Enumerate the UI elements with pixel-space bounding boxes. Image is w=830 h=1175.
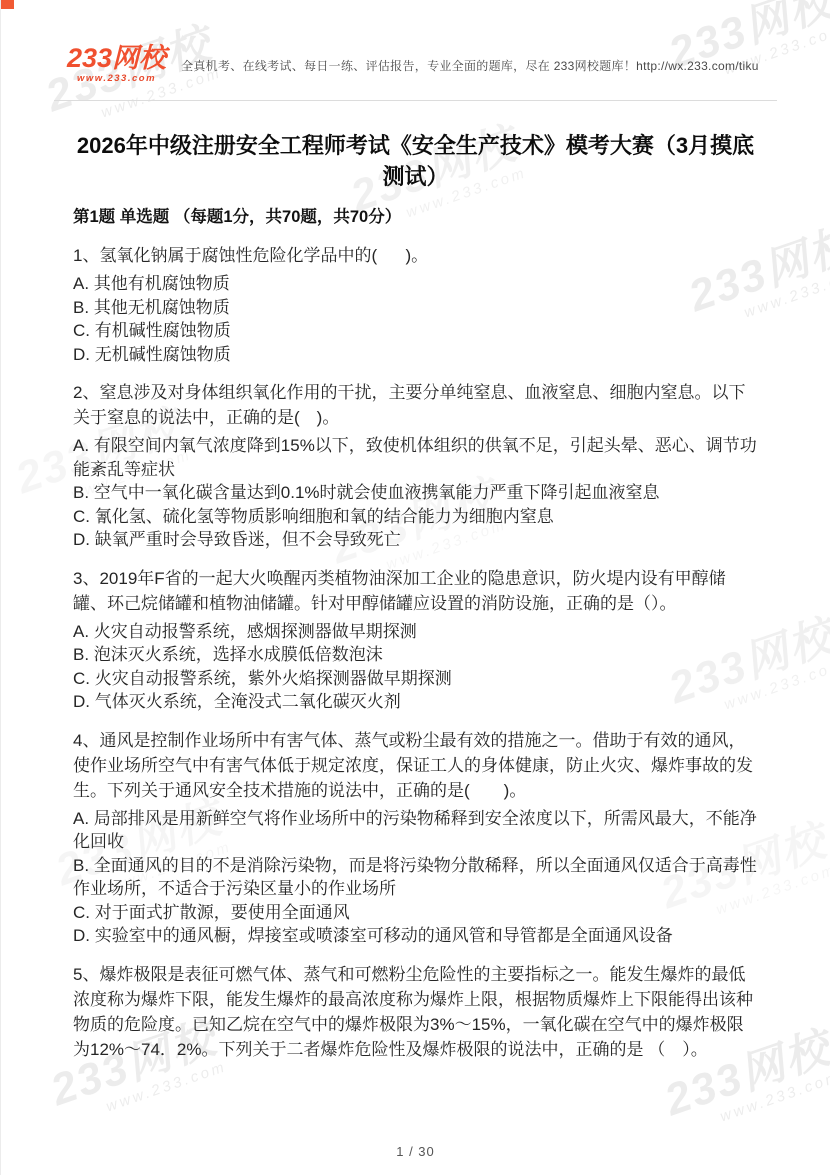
question-stem: 2、窒息涉及对身体组织氧化作用的干扰，主要分单纯窒息、血液窒息、细胞内窒息。以下… — [73, 380, 758, 430]
brand-logo-text: 233网校 — [67, 44, 166, 72]
corner-accent-block — [1, 0, 14, 9]
brand-logo-site-url: www.233.com — [67, 73, 166, 84]
question-block: 5、爆炸极限是表征可燃气体、蒸气和可燃粉尘危险性的主要指标之一。能发生爆炸的最低… — [73, 962, 758, 1062]
option-list: A. 局部排风是用新鲜空气将作业场所中的污染物稀释到安全浓度以下，所需风最大，不… — [73, 807, 758, 948]
question-list: 1、氢氧化钠属于腐蚀性危险化学品中的( )。 A. 其他有机腐蚀物质B. 其他无… — [73, 243, 758, 1062]
answer-option: C. 对于面式扩散源，要使用全面通风 — [73, 901, 758, 925]
header-tagline: 全真机考、在线考试、每日一练、评估报告，专业全面的题库，尽在 233网校题库！h… — [181, 57, 759, 74]
answer-option: D. 无机碱性腐蚀物质 — [73, 343, 758, 367]
question-stem: 1、氢氧化钠属于腐蚀性危险化学品中的( )。 — [73, 243, 758, 268]
answer-option: B. 其他无机腐蚀物质 — [73, 296, 758, 320]
answer-option: C. 有机碱性腐蚀物质 — [73, 319, 758, 343]
page-indicator: 1 / 30 — [396, 1144, 435, 1159]
question-stem: 3、2019年F省的一起大火唤醒丙类植物油深加工企业的隐患意识，防火堤内设有甲醇… — [73, 566, 758, 616]
answer-option: A. 局部排风是用新鲜空气将作业场所中的污染物稀释到安全浓度以下，所需风最大，不… — [73, 807, 758, 854]
document-header: 233网校 www.233.com 全真机考、在线考试、每日一练、评估报告，专业… — [67, 44, 800, 84]
answer-option: D. 实验室中的通风橱，焊接室或喷漆室可移动的通风管和导管都是全面通风设备 — [73, 924, 758, 948]
exam-document-page: 233网校 www.233.com 233网校 www.233.com 233网… — [0, 0, 830, 1175]
option-list: A. 其他有机腐蚀物质B. 其他无机腐蚀物质C. 有机碱性腐蚀物质D. 无机碱性… — [73, 272, 758, 366]
answer-option: B. 全面通风的目的不是消除污染物，而是将污染物分散稀释，所以全面通风仅适合于高… — [73, 854, 758, 901]
answer-option: C. 氰化氢、硫化氢等物质影响细胞和氧的结合能力为细胞内窒息 — [73, 505, 758, 529]
exam-content: 2026年中级注册安全工程师考试《安全生产技术》模考大赛（3月摸底测试） 第1题… — [1, 100, 830, 1062]
question-stem: 4、通风是控制作业场所中有害气体、蒸气或粉尘最有效的措施之一。借助于有效的通风，… — [73, 728, 758, 803]
brand-logo: 233网校 www.233.com — [67, 44, 166, 84]
question-block: 3、2019年F省的一起大火唤醒丙类植物油深加工企业的隐患意识，防火堤内设有甲醇… — [73, 566, 758, 714]
page-footer: 1 / 30 — [1, 1144, 830, 1159]
question-stem: 5、爆炸极限是表征可燃气体、蒸气和可燃粉尘危险性的主要指标之一。能发生爆炸的最低… — [73, 962, 758, 1062]
answer-option: B. 空气中一氧化碳含量达到0.1%时就会使血液携氧能力严重下降引起血液窒息 — [73, 481, 758, 505]
answer-option: D. 气体灭火系统，全淹没式二氧化碳灭火剂 — [73, 690, 758, 714]
question-block: 4、通风是控制作业场所中有害气体、蒸气或粉尘最有效的措施之一。借助于有效的通风，… — [73, 728, 758, 948]
answer-option: A. 其他有机腐蚀物质 — [73, 272, 758, 296]
question-block: 1、氢氧化钠属于腐蚀性危险化学品中的( )。 A. 其他有机腐蚀物质B. 其他无… — [73, 243, 758, 366]
answer-option: A. 火灾自动报警系统，感烟探测器做早期探测 — [73, 620, 758, 644]
question-block: 2、窒息涉及对身体组织氧化作用的干扰，主要分单纯窒息、血液窒息、细胞内窒息。以下… — [73, 380, 758, 552]
answer-option: D. 缺氧严重时会导致昏迷，但不会导致死亡 — [73, 528, 758, 552]
section-heading: 第1题 单选题 （每题1分，共70题，共70分） — [73, 206, 758, 229]
watermark-subtext: www.233.com — [104, 1059, 228, 1114]
watermark-subtext: www.233.com — [718, 1069, 830, 1124]
option-list: A. 有限空间内氧气浓度降到15%以下，致使机体组织的供氧不足，引起头晕、恶心、… — [73, 434, 758, 552]
option-list: A. 火灾自动报警系统，感烟探测器做早期探测B. 泡沫灭火系统，选择水成膜低倍数… — [73, 620, 758, 714]
answer-option: C. 火灾自动报警系统，紫外火焰探测器做早期探测 — [73, 667, 758, 691]
answer-option: B. 泡沫灭火系统，选择水成膜低倍数泡沫 — [73, 643, 758, 667]
exam-title: 2026年中级注册安全工程师考试《安全生产技术》模考大赛（3月摸底测试） — [73, 130, 758, 192]
answer-option: A. 有限空间内氧气浓度降到15%以下，致使机体组织的供氧不足，引起头晕、恶心、… — [73, 434, 758, 481]
